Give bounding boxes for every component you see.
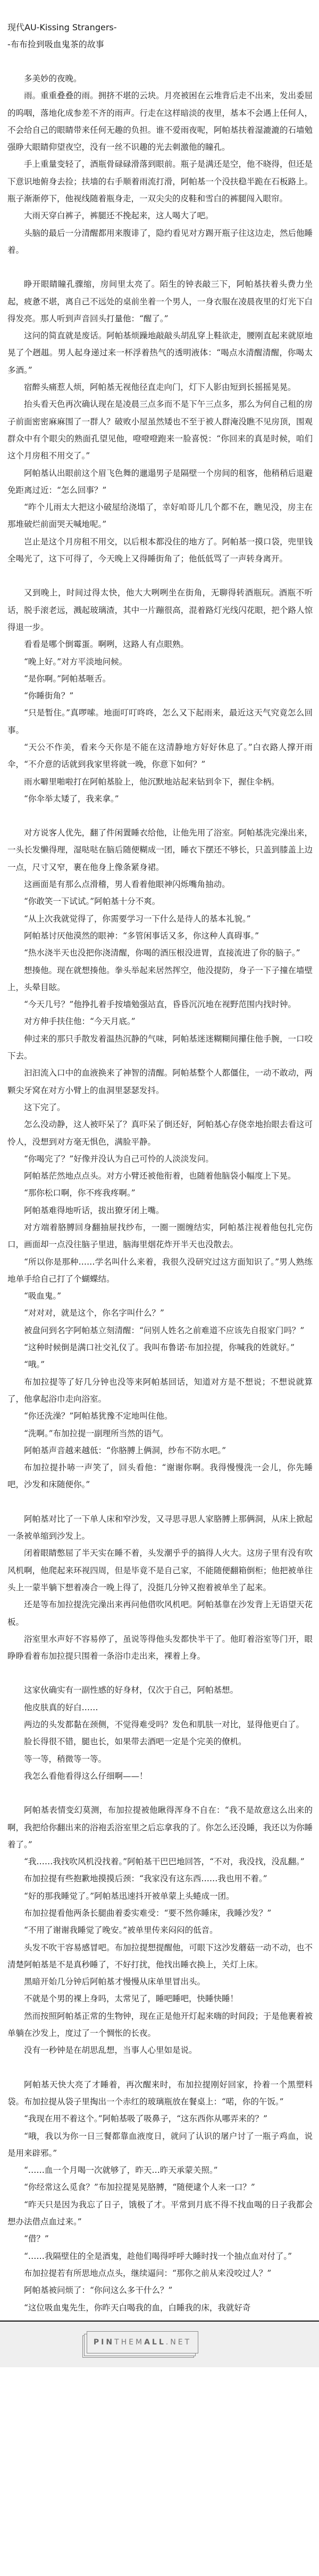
section-break bbox=[7, 2059, 313, 2076]
paragraph: 手上重量变轻了，酒瓶骨碌碌滑落到眼前。瓶子是满还是空，他不晓得，但还是下意识地俯… bbox=[7, 156, 313, 207]
paragraph: 伸过来的那只手散发着温热沉静的气味，阿帕基迷迷糊糊间攥住他手腕，一口咬下去。 bbox=[7, 1030, 313, 1065]
paragraph: 想揍他。现在就想揍他。拳头举起来居然挥空，他没提防，身子一下子撞在墙壁上，头晕目… bbox=[7, 962, 313, 996]
paragraph: “对对对，就是这个，你名字叫什么？” bbox=[7, 1304, 313, 1321]
paragraph: 阿帕基茫然地点点头。对方小臂还被他衔着，也随着他脑袋小幅度上下晃。 bbox=[7, 1167, 313, 1184]
paragraph: 这下完了。 bbox=[7, 1099, 313, 1116]
paragraph: “昨个儿雨太大把这小破屋给浇塌了，幸好咱哥儿几个都不在，瞧见没，房主在那堆破烂前… bbox=[7, 499, 313, 533]
paragraph: 又到晚上，时间过得太快，他大大咧咧坐在街角，无聊得转酒瓶玩。酒瓶不听话，脱手滚老… bbox=[7, 584, 313, 636]
site-logo[interactable]: PINTHEMALL.NET bbox=[82, 2331, 197, 2353]
paragraph: 阿帕基天快大亮了才睡着，再次醒来时，布加拉提刚好回家，拎着一个黑塑料袋。布加拉提… bbox=[7, 2076, 313, 2111]
paragraph: 他皮肤真的好白…… bbox=[7, 1699, 313, 1716]
paragraph: 布加拉提等了好几分钟也没等来阿帕基回话，知道对方是不想说；不想说就算了，他拿起浴… bbox=[7, 1374, 313, 1408]
paragraph: “那你松口啊，你不疼我疼啊。” bbox=[7, 1184, 313, 1201]
paragraph: “你经常这么觅食？”布加拉提晃晃胳膊，“随便逮个人来一口？” bbox=[7, 2179, 313, 2196]
paragraph: “吸血鬼。” bbox=[7, 1287, 313, 1304]
paragraph: 头发不吹干容易感冒吧。布加拉提想提醒他，可眼下这沙发蘑菇一动不动，也不清楚阿帕基… bbox=[7, 1939, 313, 1974]
paragraph: 大雨天穿白裤子，裤腿还不挽起来，这人喝大了吧。 bbox=[7, 207, 313, 224]
paragraph: 阿帕基被问烦了：“你问这么多干什么？” bbox=[7, 2282, 313, 2299]
paragraph: “我现在用不着这个。”阿帕基吸了吸鼻子，“这东西你从哪弄来的？” bbox=[7, 2110, 313, 2127]
section-break bbox=[7, 567, 313, 584]
paragraph: 这问的简直就是废话。阿帕基烦躁地敲敲头胡乱穿上鞋欲走，腰刚直起来就原地晃了个趔趄… bbox=[7, 327, 313, 379]
paragraph: 阿帕基表情变幻莫测，布加拉提被他瞅得浑身不自在：“我不是故意这么出来的啊，我把给… bbox=[7, 1802, 313, 1853]
paragraph: 汩汩流入口中的血液换来了神智的清醒。阿帕基整个人都僵住，一动不敢动，两颗尖牙窝在… bbox=[7, 1064, 313, 1099]
paragraph: 等一等，稍微等一等。 bbox=[7, 1751, 313, 1768]
story-body: 多美妙的夜晚。雨。重重叠叠的雨。拥挤不堪的云块。月亮被困在云堆背后走不出来，发出… bbox=[7, 70, 313, 2316]
paragraph: 雨水噼里啪啦打在阿帕基脸上，他沉默地站起来钻到伞下，握住伞柄。 bbox=[7, 773, 313, 790]
paragraph: “洗啊。”布加拉提一副理所当然的语气。 bbox=[7, 1425, 313, 1442]
paragraph: 布加拉提看他两条长腿曲着委实难受：“要不然你睡床，我睡沙发？” bbox=[7, 1905, 313, 1922]
paragraph: 不就是个男的裸上身吗，太常见了，睡吧睡吧，快睡快睡！ bbox=[7, 1990, 313, 2007]
paragraph: “……血一个月喝一次就够了，昨天…昨天承蒙关照。” bbox=[7, 2162, 313, 2179]
section-break bbox=[7, 1785, 313, 1802]
paragraph: 头脑的最后一分清醒都用来腹诽了，隐约看见对方踢开瓶子往这边走，然后他睡着。 bbox=[7, 225, 313, 259]
paragraph: 这家伙确实有一副性感的好身材，仅次于自己，阿帕基想。 bbox=[7, 1682, 313, 1699]
document-title: 现代AU-Kissing Strangers- -布布捡到吸血鬼茶的故事 bbox=[7, 19, 313, 53]
section-break bbox=[7, 807, 313, 824]
paragraph: 浴室里水声好不容易停了，虽说等得他头发都快半干了。他盯着浴室等门开，眼睁睁看着布… bbox=[7, 1631, 313, 1665]
paragraph: “我……我找吹风机没找着。”阿帕基干巴巴地回答，“不对，我没找，没乱翻。” bbox=[7, 1853, 313, 1870]
paragraph: 被盘问到名字阿帕基立刻清醒：“问别人姓名之前难道不应该先自报家门吗？” bbox=[7, 1322, 313, 1339]
paragraph: “你喝完了？”好像并没认为自己可怜的人淡淡发问。 bbox=[7, 1150, 313, 1167]
title-line-2: -布布捡到吸血鬼茶的故事 bbox=[7, 36, 313, 53]
paragraph: 还是等布加拉提洗完澡出来再问他借吹风机吧。阿帕基靠在沙发背上无语望天花板。 bbox=[7, 1596, 313, 1631]
paragraph: 这画面是有那么点滑稽，男人看着他眼神闪烁嘴角抽动。 bbox=[7, 876, 313, 893]
paragraph: 阿帕基难得地听话，拔出獠牙闭上嘴。 bbox=[7, 1202, 313, 1219]
section-break bbox=[7, 1494, 313, 1511]
paragraph: “哦，我以为你一日三餐都靠血液度日，就问了认识的屠户讨了一瓶子鸡血，说是用来辟邪… bbox=[7, 2128, 313, 2162]
story-section: 对方说客人优先，翻了件闲置睡衣给他，让他先用了浴室。阿帕基洗完澡出来，一头长发懒… bbox=[7, 824, 313, 1494]
paragraph: 黑暗开始几分钟后阿帕基才慢慢从床单里冒出头。 bbox=[7, 1973, 313, 1990]
paragraph: 阿帕基声音越来越低：“你胳膊上俩洞，纱布不防水吧。” bbox=[7, 1442, 313, 1459]
section-break bbox=[7, 1665, 313, 1682]
paragraph: 雨。重重叠叠的雨。拥挤不堪的云块。月亮被困在云堆背后走不出来，发出委屈的呜咽，落… bbox=[7, 87, 313, 156]
paragraph: 布加拉提若有所思地点点头，继续逼问：“那你之前从来没咬过人？” bbox=[7, 2265, 313, 2282]
paragraph: “……我隔壁住的全是酒鬼，趁他们喝得呼呼大睡时找一个抽点血对付了。” bbox=[7, 2248, 313, 2265]
paragraph: 岂止是这个月房租不用交，以后根本都没住的地方了。阿帕基一摸口袋，兜里钱全喝光了，… bbox=[7, 533, 313, 568]
paragraph: “从上次我就觉得了，你需要学习一下什么是待人的基本礼貌。” bbox=[7, 910, 313, 927]
paragraph: “热水浇半天也没把你浇清醒，你喝的酒压根没进胃，直接流进了你的脑子。” bbox=[7, 944, 313, 961]
paragraph: “这种时候倒是满口社交礼仪了。我叫布鲁诺·布加拉提，你喊我的姓就好。” bbox=[7, 1339, 313, 1356]
paragraph: “晚上好。”对方平淡地问候。 bbox=[7, 653, 313, 670]
paragraph: “所以你是那种……学名叫什么来着，我很久没研究过这方面知识了。”男人熟练地单手给… bbox=[7, 1253, 313, 1288]
paragraph: 没有一秒钟是在胡思乱想，当事人心里如是说。 bbox=[7, 2042, 313, 2059]
paragraph: 阿帕基对比了一下单人床和窄沙发，又寻思寻思人家胳膊上那俩洞，从床上掀起一条被单缩… bbox=[7, 1511, 313, 1545]
story-section: 阿帕基天快大亮了才睡着，再次醒来时，布加拉提刚好回家，拎着一个黑塑料袋。布加拉提… bbox=[7, 2076, 313, 2316]
paragraph: 脸长得很不错，腿也长，如果带去酒吧一定是个完美的僚机。 bbox=[7, 1733, 313, 1750]
paragraph: 两边的头发都黏在颈侧，不觉得难受吗？发色和肌肤一对比，显得他更白了。 bbox=[7, 1716, 313, 1733]
paragraph: “你伞举太矮了，我来拿。” bbox=[7, 790, 313, 807]
paragraph: 布加拉提扑哧一声笑了，回头看他：“谢谢你啊。我得慢慢洗一会儿，你先睡吧，沙发和床… bbox=[7, 1459, 313, 1494]
paragraph: “好的那我睡觉了。”阿帕基迅速抖开被单蒙上头蜷成一团。 bbox=[7, 1888, 313, 1905]
story-section: 又到晚上，时间过得太快，他大大咧咧坐在街角，无聊得转酒瓶玩。酒瓶不听话，脱手滚老… bbox=[7, 584, 313, 807]
paragraph: 阿帕基讨厌他漠然的眼神：“多管闲事话又多，你这种人真碍事。” bbox=[7, 927, 313, 944]
logo-frame: PINTHEMALL.NET bbox=[87, 2331, 198, 2353]
footer-band: PINTHEMALL.NET bbox=[0, 2321, 319, 2367]
title-line-1: 现代AU-Kissing Strangers- bbox=[7, 19, 313, 36]
paragraph: “今天几号？”他挣扎着手按墙勉强站直，昏昏沉沉地在视野范围内找时钟。 bbox=[7, 996, 313, 1013]
story-section: 阿帕基对比了一下单人床和窄沙发，又寻思寻思人家胳膊上那俩洞，从床上掀起一条被单缩… bbox=[7, 1511, 313, 1665]
story-section: 阿帕基表情变幻莫测，布加拉提被他瞅得浑身不自在：“我不是故意这么出来的啊，我把给… bbox=[7, 1802, 313, 2059]
story-section: 多美妙的夜晚。雨。重重叠叠的雨。拥挤不堪的云块。月亮被困在云堆背后走不出来，发出… bbox=[7, 70, 313, 259]
paragraph: “你睡街角？” bbox=[7, 687, 313, 704]
paragraph: 对方端着胳膊回身翻抽屉找纱布，一圈一圈缠结实，阿帕基注视着他包扎完伤口，画面却一… bbox=[7, 1219, 313, 1253]
paragraph: 布加拉提有些抱歉地摸摸后颈：“我家没有这东西……我也用不着。” bbox=[7, 1870, 313, 1887]
paragraph: “天公不作美，看来今天你是不能在这清静地方好好休息了。”白衣路人撑开雨伞，“不介… bbox=[7, 739, 313, 773]
story-section: 这家伙确实有一副性感的好身材，仅次于自己，阿帕基想。他皮肤真的好白……两边的头发… bbox=[7, 1682, 313, 1785]
paragraph: “你敢笑一下试试。”阿帕基十分不爽。 bbox=[7, 893, 313, 910]
paragraph: 阿帕基认出眼前这个眉飞色舞的邋遢男子是隔壁一个房间的租客，他稍稍后退避免距离过近… bbox=[7, 465, 313, 499]
paragraph: “哦。” bbox=[7, 1356, 313, 1373]
paragraph: 看看是哪个倒霉蛋。啊咧，这路人有点眼熟。 bbox=[7, 636, 313, 653]
paragraph: 睁开眼睛瞳孔骤缩，房间里太亮了。陌生的钟表敲三下，阿帕基扶着头费力坐起，疲惫不堪… bbox=[7, 276, 313, 327]
paragraph: 对方说客人优先，翻了件闲置睡衣给他，让他先用了浴室。阿帕基洗完澡出来，一头长发懒… bbox=[7, 824, 313, 876]
paragraph: “昨天只是因为我忘了日子，饿极了才。平常到月底不得不找血喝的日子我都会想办法借点… bbox=[7, 2196, 313, 2231]
paragraph: “借？” bbox=[7, 2230, 313, 2247]
paragraph: “你还洗澡？”阿帕基犹豫不定地叫住他。 bbox=[7, 1408, 313, 1425]
paragraph: 宿醉头痛惹人烦，阿帕基无视他径直走向门，灯下人影由短到长摇摇晃晃。 bbox=[7, 379, 313, 396]
paragraph: 我怎么看他看得这么仔细啊——！ bbox=[7, 1768, 313, 1785]
paragraph: “不用了谢谢我睡觉了晚安。”被单里传来闷闷的低音。 bbox=[7, 1922, 313, 1939]
paragraph: 然而按照阿帕基正常的生物钟，现在正是他开灯起来嗨的时间段；于是他裹着被单躺在沙发… bbox=[7, 2008, 313, 2042]
paragraph: 怎么没动静，这人被吓呆了？真吓呆了倒还好，阿帕基心存侥幸地抬眼去看这可怜人，没想… bbox=[7, 1116, 313, 1150]
paragraph: 对方伸手扶住他：“今天月底。” bbox=[7, 1013, 313, 1030]
paragraph: “是你啊。”阿帕基咂舌。 bbox=[7, 670, 313, 687]
paragraph: 闭着眼睛憋屈了半天实在睡不着，头发潮乎乎的搞得人火大。这房子里有没有吹风机啊，他… bbox=[7, 1545, 313, 1596]
paragraph: 多美妙的夜晚。 bbox=[7, 70, 313, 87]
paragraph: 抬头看天色再次确认现在是凌晨三点多而不是下午三点多，那么为何自己租的房子前面密密… bbox=[7, 396, 313, 464]
story-section: 睁开眼睛瞳孔骤缩，房间里太亮了。陌生的钟表敲三下，阿帕基扶着头费力坐起，疲惫不堪… bbox=[7, 276, 313, 567]
paragraph: “这位吸血鬼先生，你昨天白喝我的血，白睡我的床，我就好奇 bbox=[7, 2299, 313, 2316]
section-break bbox=[7, 259, 313, 276]
logo-text: PINTHEMALL.NET bbox=[94, 2338, 191, 2347]
paragraph: “只是暂住。”真啰嗦。地面叮叮咚咚，怎么又下起雨来，最近这天气究竟怎么回事。 bbox=[7, 704, 313, 739]
document-page: 现代AU-Kissing Strangers- -布布捡到吸血鬼茶的故事 多美妙… bbox=[0, 0, 319, 2321]
